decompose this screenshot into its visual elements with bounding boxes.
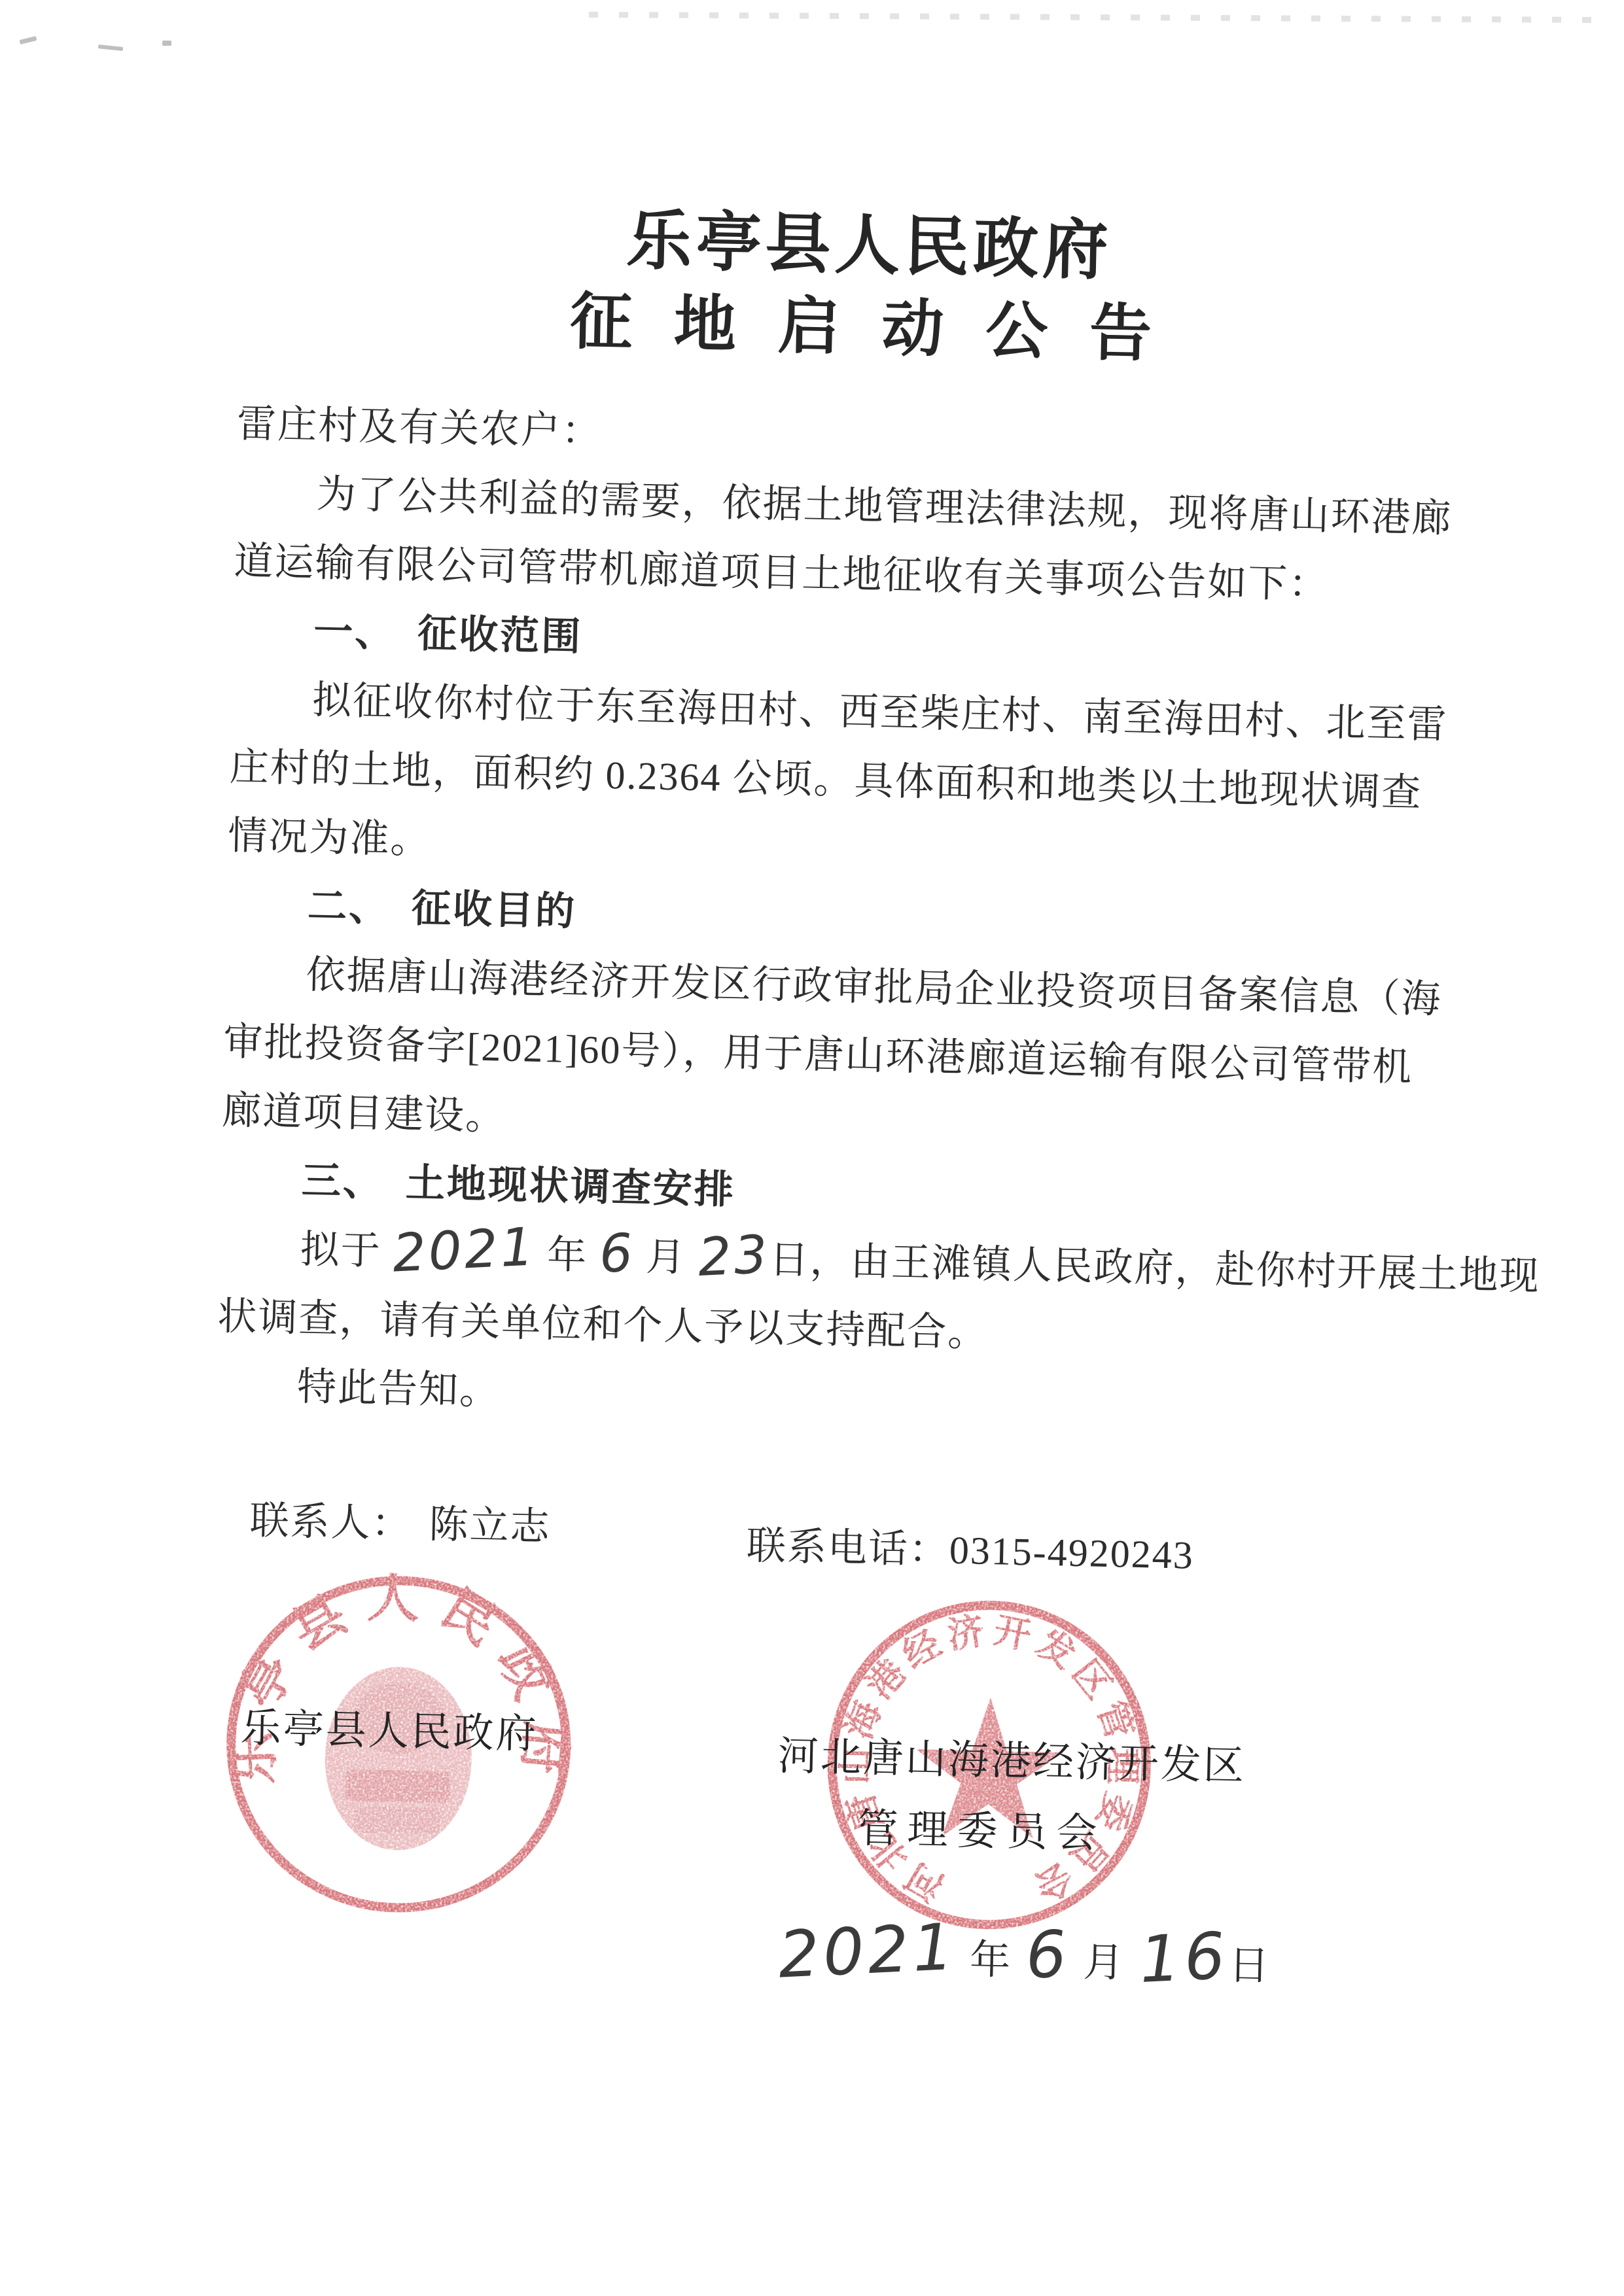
handwritten-text: 6 — [1026, 1955, 1070, 1957]
printed-text: 年 — [535, 1233, 599, 1278]
printed-text: 道运输有限公司管带机廊道项目土地征收有关事项公告如下： — [234, 540, 1330, 607]
printed-text: 雷庄村及有关农户： — [236, 402, 602, 453]
document-title-issuer: 乐亭县人民政府 — [266, 198, 1472, 296]
printed-text: 特此告知。 — [296, 1365, 500, 1413]
handwritten-text: 2021 — [393, 1247, 536, 1254]
printed-text: 年 — [957, 1938, 1026, 1983]
printed-text: 廊道项目建设。 — [222, 1088, 506, 1138]
contact-person: 联系人：陈立志 — [249, 1489, 552, 1552]
printed-text: 状调查，请有关单位和个人予以支持配合。 — [217, 1295, 989, 1355]
printed-text: 一、 征收范围 — [313, 610, 583, 659]
scan-artifact — [162, 41, 171, 46]
printed-text: 庄村的土地，面积约 0.2364 公顷。具体面积和地类以土地现状调查 — [229, 745, 1422, 814]
body-lines: 雷庄村及有关农户：为了公共利益的需要，依据土地管理法律法规，现将唐山环港廊道运输… — [215, 390, 1422, 1446]
scan-artifact — [20, 36, 37, 44]
printed-text: 月 — [634, 1235, 697, 1279]
printed-text: 二、 征收目的 — [307, 884, 576, 933]
printed-text: 为了公共利益的需要，依据土地管理法律法规，现将唐山环港廊 — [316, 472, 1453, 540]
contact-person-label: 联系人： — [249, 1499, 412, 1545]
printed-text: 审批投资备字[2021]60号），用于唐山环港廊道运输有限公司管带机 — [223, 1020, 1413, 1089]
printed-text: 三、 土地现状调查安排 — [301, 1159, 735, 1211]
document-title-subject: 征 地 启 动 公 告 — [265, 281, 1470, 375]
handwritten-text: 2021 — [779, 1947, 957, 1956]
scan-artifact — [98, 44, 123, 51]
handwritten-text: 16 — [1139, 1956, 1229, 1960]
printed-text: 日 — [1228, 1943, 1272, 1989]
contact-person-name: 陈立志 — [429, 1503, 551, 1548]
printed-text: 拟于 — [300, 1228, 393, 1273]
scan-artifact — [589, 12, 1610, 23]
document-content: 乐亭县人民政府 征 地 启 动 公 告 雷庄村及有关农户：为了公共利益的需要，依… — [179, 190, 1426, 2210]
footer-date: 2021 年 6 月 16日 — [777, 1922, 1272, 1991]
national-emblem-icon — [323, 1665, 474, 1852]
printed-text: 拟征收你村位于东至海田村、西至柴庄村、南至海田村、北至雷 — [311, 678, 1448, 746]
signature-area: 乐亭县人民政府 河北唐山海港经济开发区管理委员会 乐亭县人民政府 河北唐山海港经… — [179, 1550, 1397, 2204]
printed-text: 月 — [1070, 1940, 1139, 1986]
announcement-document: 乐亭县人民政府 征 地 启 动 公 告 雷庄村及有关农户：为了公共利益的需要，依… — [0, 0, 1624, 2296]
printed-text: 日，由王滩镇人民政府，赴你村开展土地现 — [769, 1238, 1540, 1298]
handwritten-text: 23 — [697, 1255, 769, 1258]
printed-text: 依据唐山海港经济开发区行政审批局企业投资项目备案信息（海 — [306, 953, 1442, 1021]
printed-text: 情况为准。 — [228, 814, 431, 861]
issuer-signature-left: 乐亭县人民政府 — [240, 1695, 539, 1760]
issuer-signature-right-line2: 管理委员会 — [857, 1796, 1107, 1859]
handwritten-text: 6 — [599, 1253, 635, 1255]
issuer-signature-right-line1: 河北唐山海港经济开发区 — [777, 1723, 1246, 1792]
